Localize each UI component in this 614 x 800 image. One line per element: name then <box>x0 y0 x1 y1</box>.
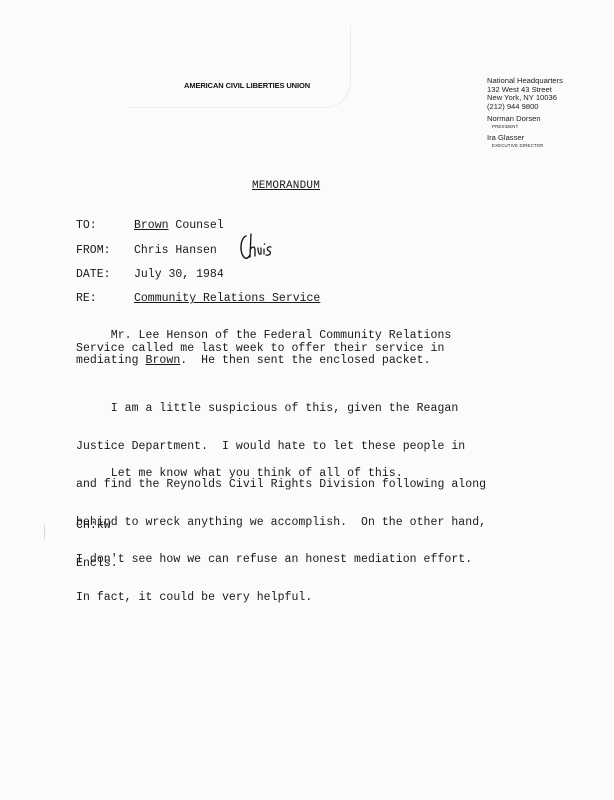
officer-name: Norman Dorsen <box>487 114 563 123</box>
text-line: In fact, it could be very helpful. <box>76 592 486 605</box>
re-label: RE: <box>76 292 134 305</box>
paragraph-2: I am a little suspicious of this, given … <box>76 378 486 630</box>
to-case-name: Brown <box>134 219 169 232</box>
from-label: FROM: <box>76 244 134 257</box>
text-line: I am a little suspicious of this, given … <box>76 403 486 416</box>
to-row: TO:Brown Counsel <box>76 219 224 232</box>
embossed-logo <box>130 25 351 108</box>
phone-line: (212) 944 9800 <box>487 103 563 112</box>
date-row: DATE:July 30, 1984 <box>76 268 224 281</box>
re-row: RE:Community Relations Service <box>76 292 320 305</box>
case-name: Brown <box>146 354 181 367</box>
text-line: behind to wreck anything we accomplish. … <box>76 517 486 530</box>
text-line: I don't see how we can refuse an honest … <box>76 554 486 567</box>
text-span: . He then sent the enclosed packet. <box>180 354 430 367</box>
scan-mark <box>44 525 45 539</box>
paragraph-1: Mr. Lee Henson of the Federal Community … <box>76 330 451 368</box>
paragraph-3: Let me know what you think of all of thi… <box>76 468 403 481</box>
memo-page: AMERICAN CIVIL LIBERTIES UNION National … <box>0 0 614 800</box>
memo-title: MEMORANDUM <box>252 180 320 192</box>
handwritten-signature <box>237 232 273 262</box>
re-value: Community Relations Service <box>134 292 320 305</box>
date-label: DATE: <box>76 268 134 281</box>
from-value: Chris Hansen <box>134 244 217 257</box>
officer-name: Ira Glasser <box>487 133 563 142</box>
officer-title: PRESIDENT <box>492 123 563 130</box>
text-span: mediating <box>76 354 146 367</box>
from-row: FROM:Chris Hansen <box>76 244 217 257</box>
memo-closing: CH:kw Encls. <box>76 495 118 596</box>
text-line: and find the Reynolds Civil Rights Divis… <box>76 479 486 492</box>
text-line: Justice Department. I would hate to let … <box>76 441 486 454</box>
organization-name: AMERICAN CIVIL LIBERTIES UNION <box>184 81 310 90</box>
to-value: Counsel <box>169 219 224 232</box>
enclosures-note: Encls. <box>76 558 118 571</box>
text-line: mediating Brown. He then sent the enclos… <box>76 355 451 368</box>
typist-initials: CH:kw <box>76 520 118 533</box>
letterhead-address-block: National Headquarters 132 West 43 Street… <box>487 77 563 149</box>
text-line: Mr. Lee Henson of the Federal Community … <box>76 330 451 343</box>
to-label: TO: <box>76 219 134 232</box>
date-value: July 30, 1984 <box>134 268 224 281</box>
officer-title: EXECUTIVE DIRECTOR <box>492 142 563 149</box>
